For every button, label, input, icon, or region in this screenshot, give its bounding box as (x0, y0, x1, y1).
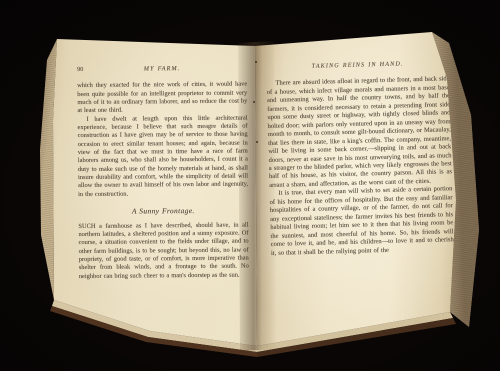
photo-background: 90 MY FARM. which they exacted for the n… (0, 0, 500, 371)
photo-vignette (0, 0, 500, 371)
